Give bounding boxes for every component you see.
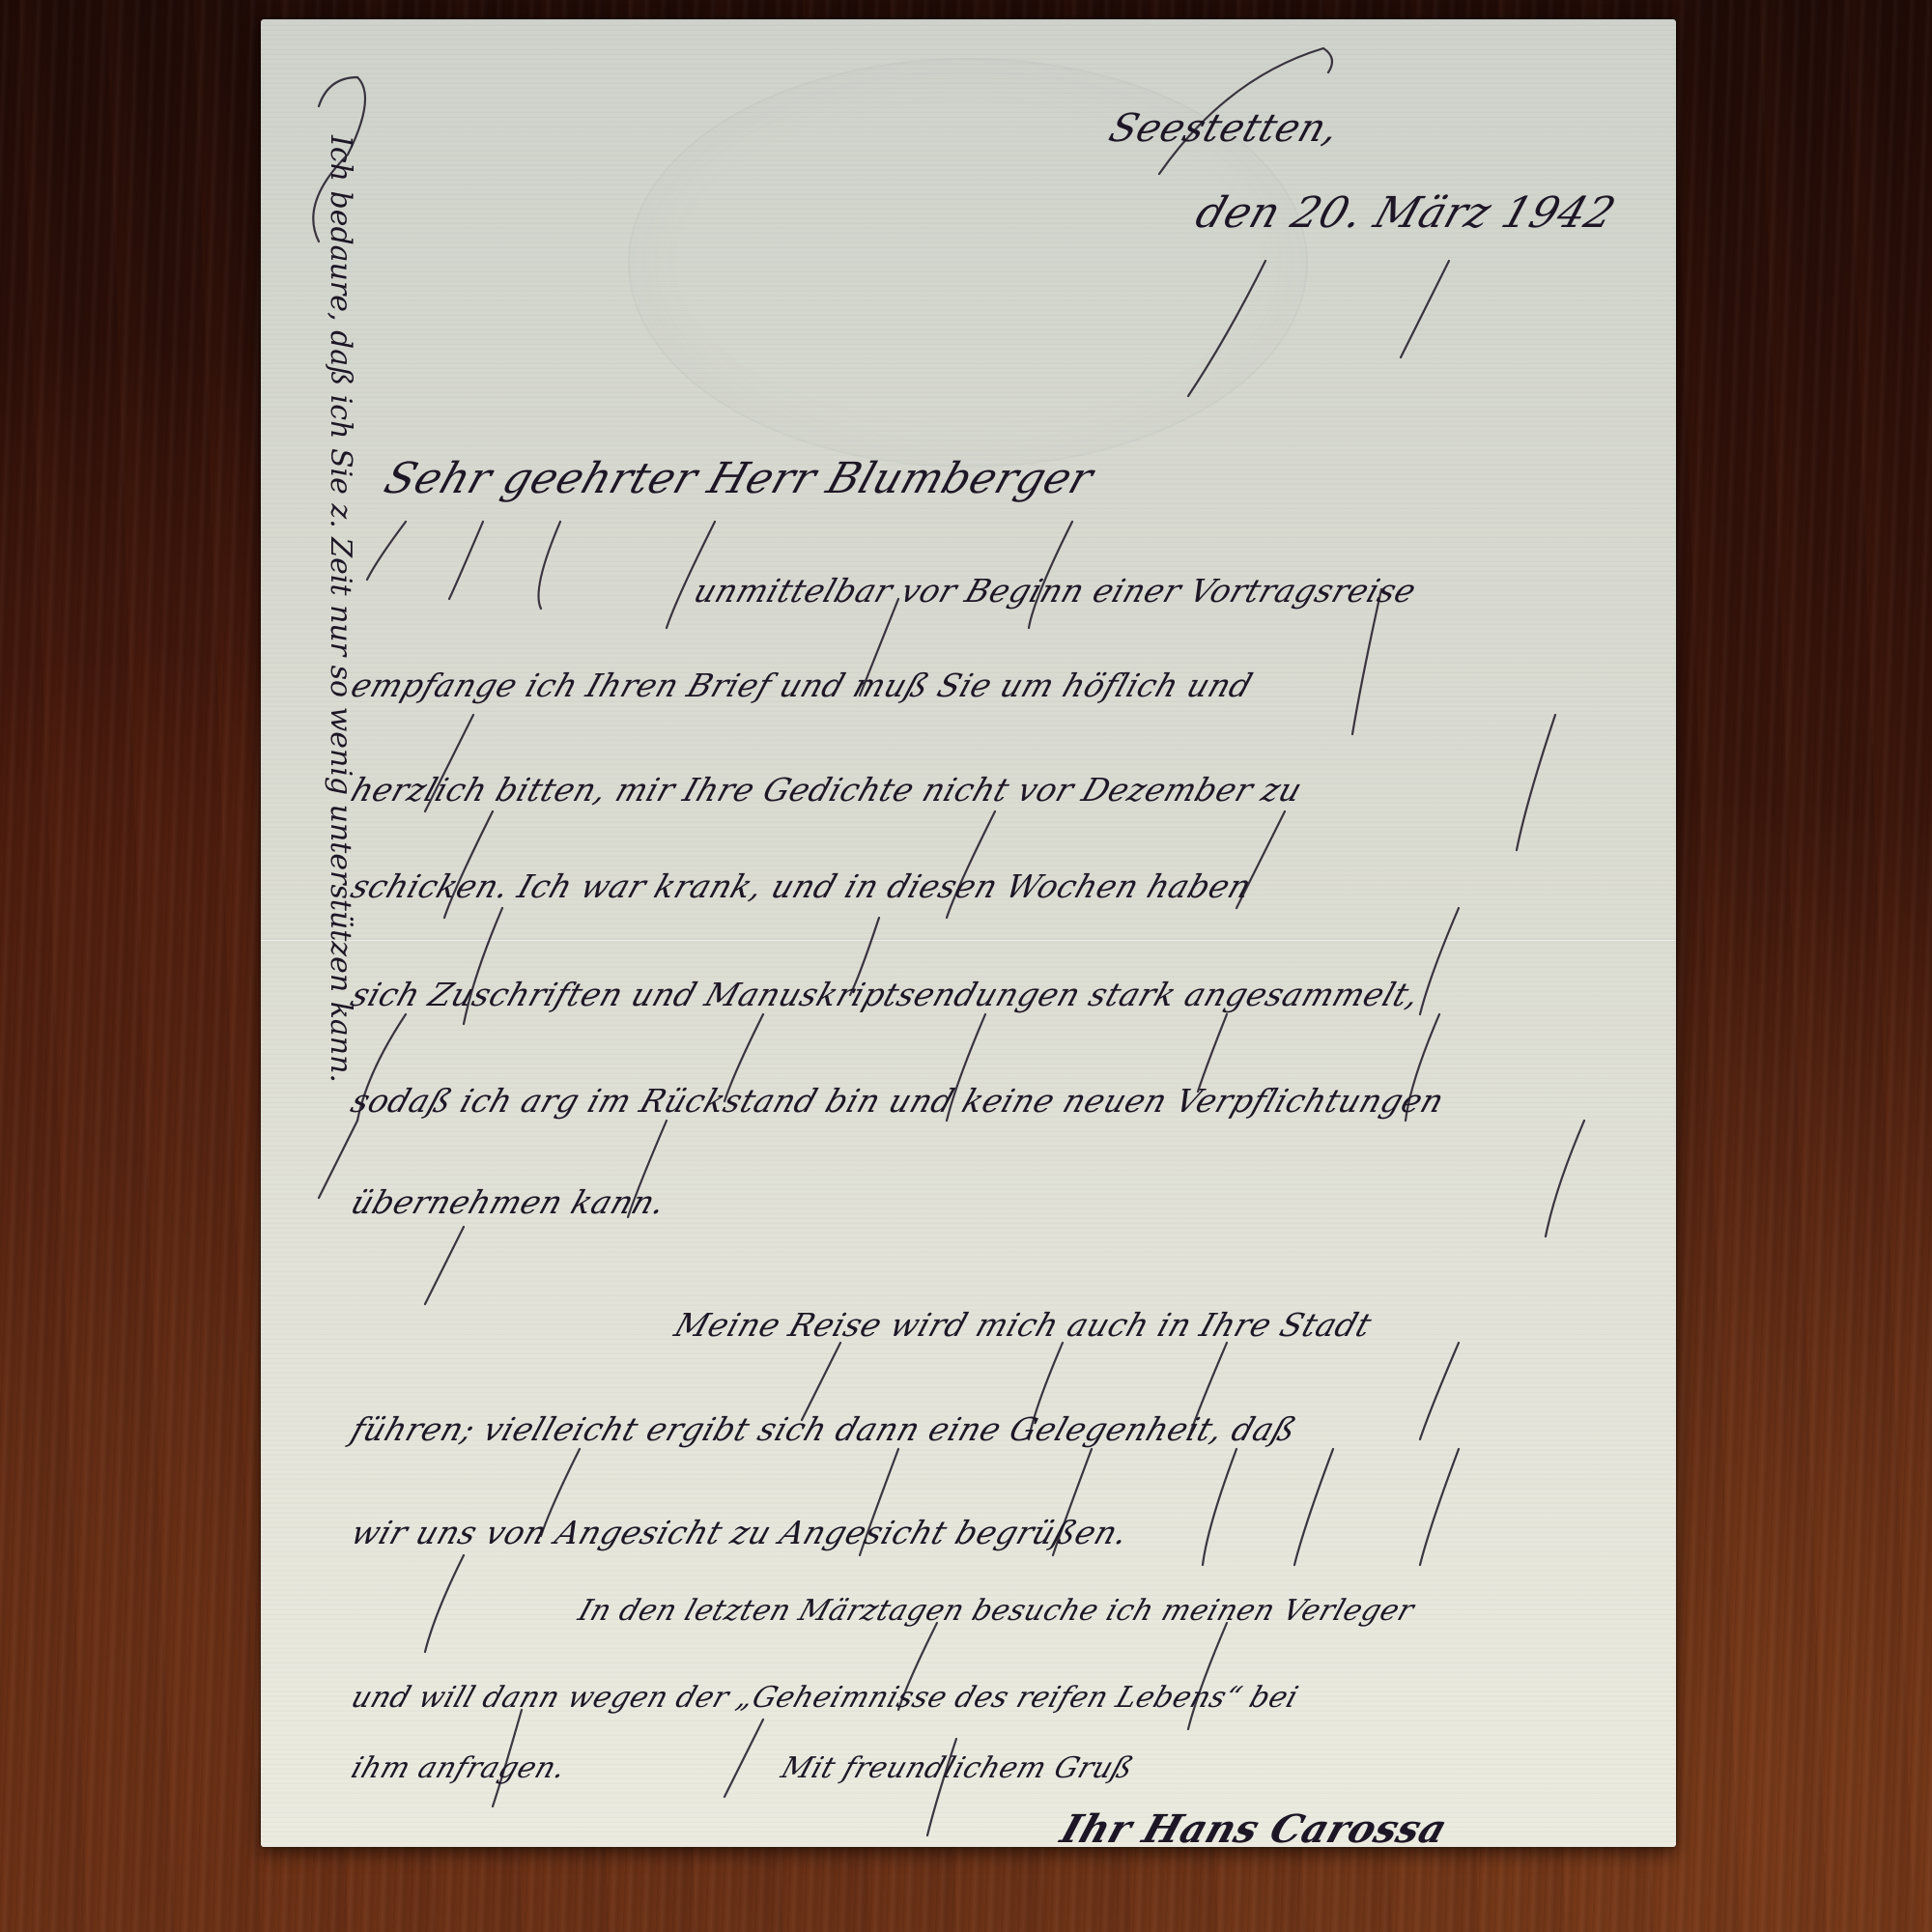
body-line: wir uns von Angesicht zu Angesicht begrü…: [347, 1514, 1134, 1551]
letter-date: den 20. März 1942: [1190, 188, 1622, 238]
body-line: Meine Reise wird mich auch in Ihre Stadt: [670, 1306, 1377, 1344]
body-line: herzlich bitten, mir Ihre Gedichte nicht…: [347, 771, 1308, 809]
body-line: sodaß ich arg im Rückstand bin und keine…: [347, 1082, 1449, 1120]
body-line: führen; vielleicht ergibt sich dann eine…: [347, 1410, 1302, 1448]
body-line: ihm anfragen.: [347, 1751, 570, 1785]
body-line: unmittelbar vor Beginn einer Vortragsrei…: [690, 572, 1422, 610]
letter-salutation: Sehr geehrter Herr Blumberger: [379, 454, 1099, 503]
letter-sheet: Seestetten, den 20. März 1942 Sehr geehr…: [261, 19, 1676, 1847]
letter-place: Seestetten,: [1104, 106, 1346, 151]
body-line: und will dann wegen der „Geheimnisse des…: [347, 1681, 1302, 1715]
body-line: In den letzten Märztagen besuche ich mei…: [574, 1594, 1418, 1628]
letter-signature: Ihr Hans Carossa: [1055, 1806, 1453, 1852]
body-line: schicken. Ich war krank, und in diesen W…: [347, 867, 1257, 905]
margin-postscript: Ich bedaure, daß ich Sie z. Zeit nur so …: [309, 135, 357, 1565]
body-line: übernehmen kann.: [347, 1183, 671, 1221]
body-line: empfange ich Ihren Brief und muß Sie um …: [347, 667, 1258, 704]
paper-fold-crease: [261, 939, 1676, 942]
body-line: sich Zuschriften und Manuskriptsendungen…: [347, 976, 1425, 1013]
letter-closing: Mit freundlichem Gruß: [777, 1751, 1138, 1785]
